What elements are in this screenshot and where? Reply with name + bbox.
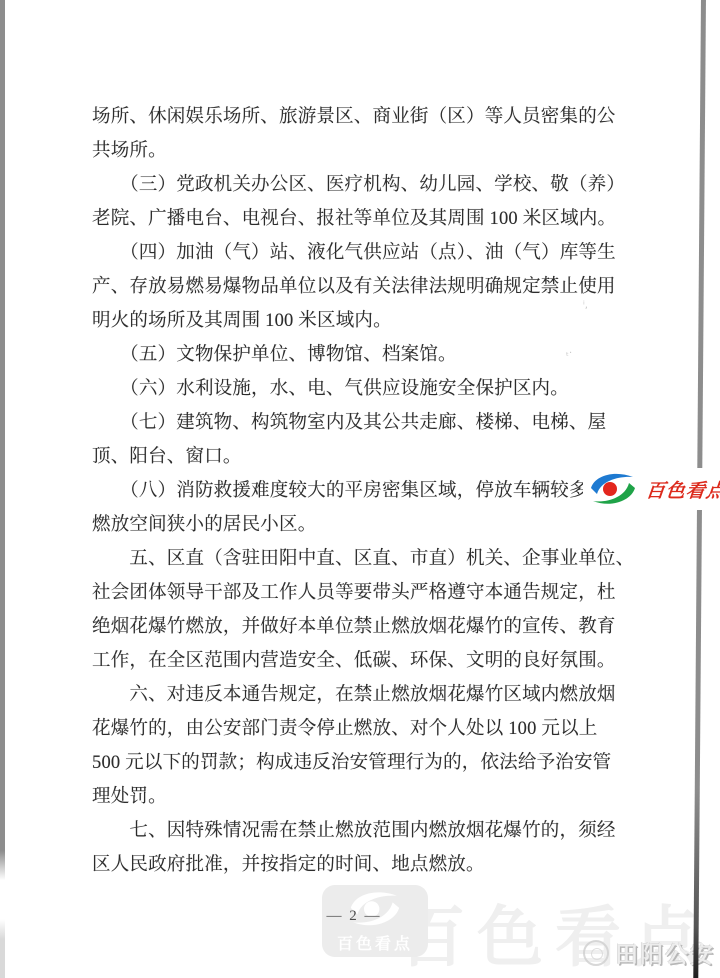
tianyang-police-label: 田阳公安: [615, 936, 715, 969]
document-line: （八）消防救援难度较大的平房密集区域，停放车辆较多、: [92, 474, 632, 508]
scanned-document-page: 场所、休闲娱乐场所、旅游景区、商业街（区）等人员密集的公 共场所。 （三）党政机…: [0, 0, 720, 978]
left-edge-shadow: [0, 0, 5, 978]
document-line: 工作，在全区范围内营造安全、低碳、环保、文明的良好氛围。: [92, 644, 632, 678]
baise-kandian-badge-label: 百色看点: [337, 931, 413, 954]
document-line: （四）加油（气）站、液化气供应站（点）、油（气）库等生: [92, 236, 632, 270]
document-line: 理处罚。: [92, 780, 632, 814]
document-line: 明火的场所及其周围 100 米区域内。: [92, 304, 632, 338]
document-line: 花爆竹的，由公安部门责令停止燃放、对个人处以 100 元以上: [92, 712, 632, 746]
document-line: 六、对违反本通告规定，在禁止燃放烟花爆竹区域内燃放烟: [92, 678, 632, 712]
document-line: 绝烟花爆竹燃放，并做好本单位禁止燃放烟花爆竹的宣传、教育: [92, 610, 632, 644]
document-line: 五、区直（含驻田阳中直、区直、市直）机关、企事业单位、: [92, 542, 632, 576]
document-line: 500 元以下的罚款；构成违反治安管理行为的，依法给予治安管: [92, 746, 632, 780]
document-line: 共场所。: [92, 134, 632, 168]
baise-kandian-logo-icon: [585, 469, 641, 509]
document-line: 区人民政府批准，并按指定的时间、地点燃放。: [92, 848, 632, 882]
document-line: 社会团体领导干部及工作人员等要带头严格遵守本通告规定，杜: [92, 576, 632, 610]
document-line: （五）文物保护单位、博物馆、档案馆。: [92, 338, 632, 372]
document-line: （七）建筑物、构筑物室内及其公共走廊、楼梯、电梯、屋: [92, 406, 632, 440]
police-emblem-icon: [583, 940, 609, 966]
document-line: 老院、广播电台、电视台、报社等单位及其周围 100 米区域内。: [92, 202, 632, 236]
page-number: — 2 —: [318, 908, 390, 925]
baise-kandian-watermark-label: 百色看点: [645, 476, 720, 503]
baise-kandian-watermark: 百色看点: [583, 468, 720, 510]
document-line: （六）水利设施，水、电、气供应设施安全保护区内。: [92, 372, 632, 406]
document-line: 顶、阳台、窗口。: [92, 440, 632, 474]
document-body: 场所、休闲娱乐场所、旅游景区、商业街（区）等人员密集的公 共场所。 （三）党政机…: [92, 100, 632, 882]
document-line: 七、因特殊情况需在禁止燃放范围内燃放烟花爆竹的，须经: [92, 814, 632, 848]
document-line: 燃放空间狭小的居民小区。: [92, 508, 632, 542]
document-line: 产、存放易燃易爆物品单位以及有关法律法规明确规定禁止使用: [92, 270, 632, 304]
document-line: （三）党政机关办公区、医疗机构、幼儿园、学校、敬（养）: [92, 168, 632, 202]
document-line: 场所、休闲娱乐场所、旅游景区、商业街（区）等人员密集的公: [92, 100, 632, 134]
